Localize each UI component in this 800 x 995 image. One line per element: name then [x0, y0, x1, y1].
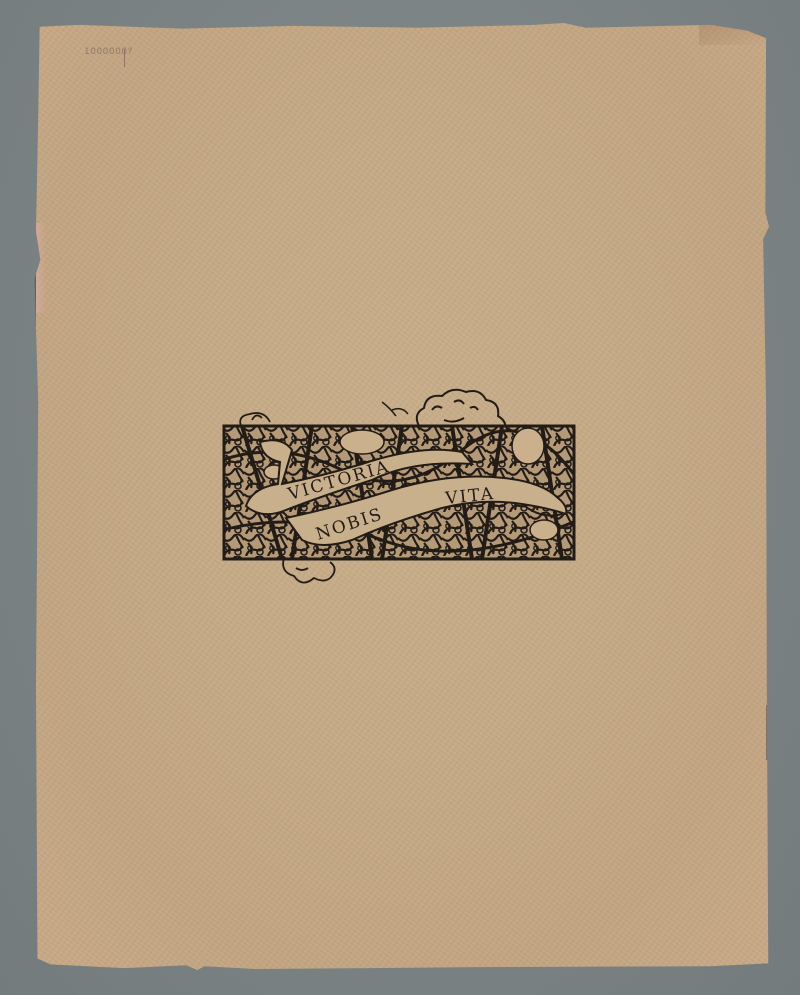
cover-page: 1000000? — [36, 23, 769, 970]
pencil-tick-mark — [124, 49, 125, 67]
emblem-illustration: VICTORIA NOBIS VITA — [222, 380, 578, 590]
tendril-ornament — [283, 558, 334, 583]
pencil-annotation: 1000000? — [84, 47, 133, 57]
cloud-ornament — [382, 390, 505, 430]
emblem-motto-vignette: VICTORIA NOBIS VITA — [222, 380, 578, 590]
